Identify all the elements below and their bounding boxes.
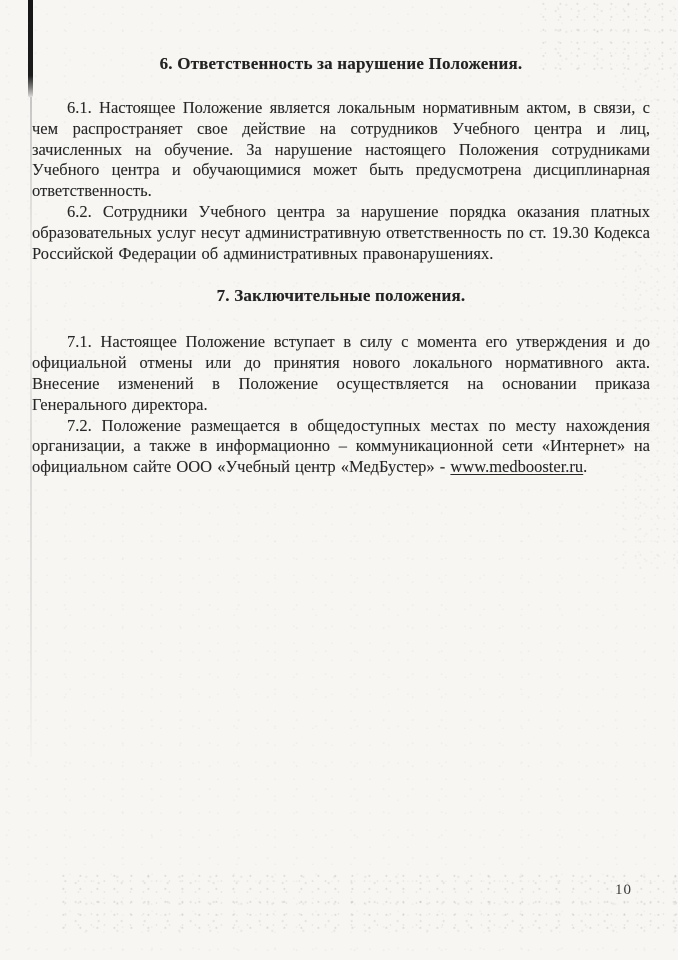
section-6-heading: 6. Ответственность за нарушение Положени… (32, 53, 650, 74)
section-7-heading: 7. Заключительные положения. (32, 285, 650, 306)
page-number: 10 (615, 882, 632, 899)
paragraph-7-1: 7.1. Настоящее Положение вступает в силу… (32, 332, 650, 415)
website-url-text: www.medbooster.ru (450, 457, 583, 476)
scan-noise-bottom (60, 872, 678, 934)
document-content: 6. Ответственность за нарушение Положени… (32, 53, 650, 478)
paragraph-6-2: 6.2. Сотрудники Учебного центра за наруш… (32, 202, 650, 264)
paragraph-7-2: 7.2. Положение размещается в общедоступн… (32, 416, 650, 478)
paragraph-7-2-period: . (583, 457, 587, 476)
scanned-document-page: 6. Ответственность за нарушение Положени… (0, 0, 678, 960)
paragraph-6-1: 6.1. Настоящее Положение является локаль… (32, 98, 650, 202)
